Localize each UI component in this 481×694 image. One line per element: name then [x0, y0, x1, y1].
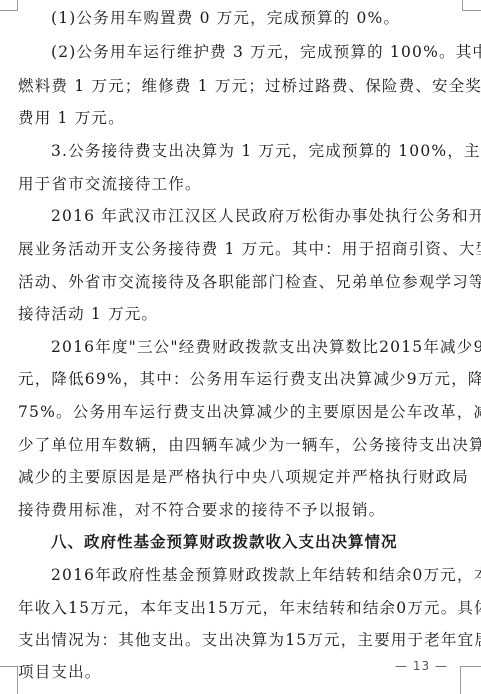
- paragraph-line: 年收入15万元，本年支出15万元，年末结转和结余0万元。具体: [18, 598, 463, 618]
- page-number: — 13 —: [395, 659, 448, 673]
- paragraph-line: 2016年政府性基金预算财政拨款上年结转和结余0万元，本: [51, 565, 463, 585]
- corner-mark-bottom-right: [460, 666, 481, 694]
- paragraph-line: 2016年度"三公"经费财政拨款支出决算数比2015年减少9万: [51, 337, 463, 357]
- paragraph-line: 少了单位用车数辆，由四辆车减少为一辆车，公务接待支出决算: [18, 435, 463, 455]
- paragraph-line: 2016 年武汉市江汉区人民政府万松街办事处执行公务和开: [51, 206, 463, 226]
- paragraph-line: 展业务活动开支公务接待费 1 万元。其中：用于招商引资、大型: [18, 239, 463, 259]
- paragraph-line: 75%。公务用车运行费支出决算减少的主要原因是公车改革，减: [18, 402, 463, 422]
- paragraph-line: 用于省市交流接待工作。: [18, 174, 463, 194]
- corner-mark-top-left: [0, 0, 18, 11]
- corner-mark-bottom-left: [0, 666, 18, 694]
- paragraph-line: 燃料费 1 万元；维修费 1 万元；过桥过路费、保险费、安全奖励: [18, 76, 463, 96]
- paragraph-line: 减少的主要原因是是严格执行中央八项规定并严格执行财政局: [18, 467, 463, 487]
- paragraph-line: (1)公务用车购置费 0 万元，完成预算的 0%。: [51, 8, 463, 28]
- paragraph-line: 接待费用标准，对不符合要求的接待不予以报销。: [18, 500, 463, 520]
- corner-mark-top-right: [462, 0, 481, 11]
- paragraph-line: 费用 1 万元。: [18, 108, 463, 128]
- paragraph-line: 元，降低69%，其中：公务用车运行费支出决算减少9万元，降低: [18, 369, 463, 389]
- paragraph-line: 接待活动 1 万元。: [18, 304, 463, 324]
- paragraph-line: 3.公务接待费支出决算为 1 万元，完成预算的 100%，主要: [51, 141, 463, 161]
- section-heading: 八、政府性基金预算财政拨款收入支出决算情况: [51, 532, 463, 552]
- paragraph-line: 支出情况为：其他支出。支出决算为15万元，主要用于老年宜居: [18, 630, 463, 650]
- paragraph-line: (2)公务用车运行维护费 3 万元，完成预算的 100%。其中：: [51, 42, 463, 62]
- paragraph-line: 活动、外省市交流接待及各职能部门检查、兄弟单位参观学习等: [18, 272, 463, 292]
